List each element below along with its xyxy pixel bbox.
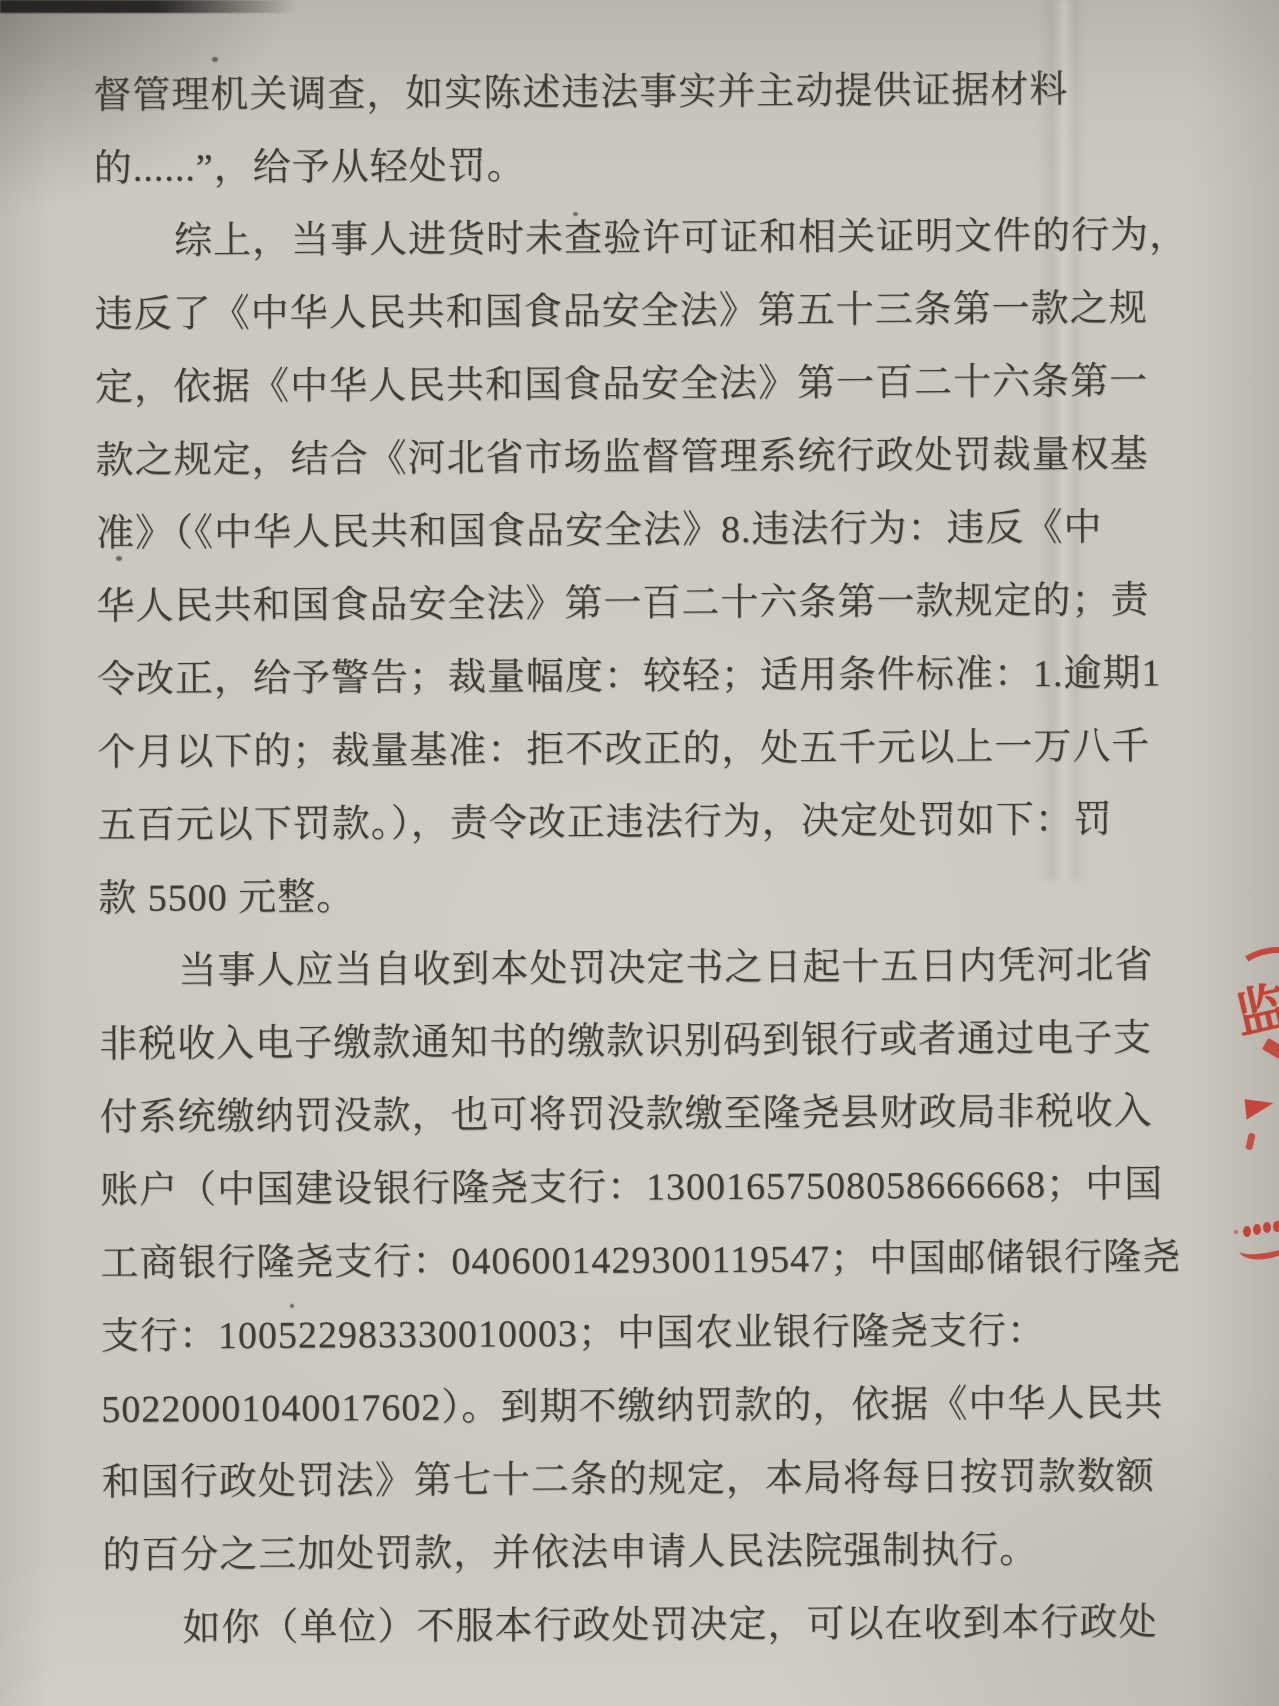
document-line: 支行：100522983330010003；中国农业银行隆尧支行： <box>101 1295 1042 1374</box>
document-line: 账户（中国建设银行隆尧支行：13001657508058666668；中国 <box>100 1149 1041 1228</box>
seal-stroke-fragment <box>1245 1132 1256 1150</box>
document-line: 综上，当事人进货时未查验许可证和相关证明文件的行为， <box>94 200 1035 279</box>
document-text: 督管理机关调查，如实陈述违法事实并主动提供证据材料 的......”，给予从轻处… <box>93 54 1044 1666</box>
document-line: 款 5500 元整。 <box>98 857 1039 936</box>
photo-dark-edge <box>0 0 298 13</box>
document-line: 的......”，给予从轻处罚。 <box>94 127 1035 206</box>
document-line: 的百分之三加处罚款，并依法申请人民法院强制执行。 <box>102 1514 1043 1593</box>
document-line: 非税收入电子缴款通知书的缴款识别码到银行或者通过电子支 <box>99 1003 1040 1082</box>
ink-speck <box>212 57 218 62</box>
document-line: 工商银行隆尧支行：0406001429300119547；中国邮储银行隆尧 <box>100 1222 1041 1301</box>
document-line: 和国行政处罚法》第七十二条的规定，本局将每日按罚款数额 <box>102 1441 1043 1520</box>
document-line: 令改正，给予警告；裁量幅度：较轻；适用条件标准：1.逾期1 <box>97 638 1038 717</box>
document-line: 个月以下的；裁量基准：拒不改正的，处五千元以上一万八千 <box>97 711 1038 790</box>
ink-speck <box>116 556 122 561</box>
document-line: 五百元以下罚款。），责令改正违法行为，决定处罚如下：罚 <box>98 784 1039 863</box>
document-line: 准》（《中华人民共和国食品安全法》8.违法行为：违反《中 <box>96 492 1037 571</box>
seal-stroke-fragment <box>1242 1099 1274 1123</box>
document-line: 督管理机关调查，如实陈述违法事实并主动提供证据材料 <box>93 54 1034 133</box>
ink-speck <box>573 212 578 216</box>
document-line: 当事人应当自收到本处罚决定书之日起十五日内凭河北省 <box>98 930 1039 1009</box>
document-line: 50220001040017602）。到期不缴纳罚款的，依据《中华人民共 <box>101 1368 1042 1447</box>
document-line: 华人民共和国食品安全法》第一百二十六条第一款规定的；责 <box>96 565 1037 644</box>
document-line: 违反了《中华人民共和国食品安全法》第五十三条第一款之规 <box>94 273 1035 352</box>
document-photo: 督管理机关调查，如实陈述违法事实并主动提供证据材料 的......”，给予从轻处… <box>0 0 1279 1706</box>
document-line: 定，依据《中华人民共和国食品安全法》第一百二十六条第一 <box>95 346 1036 425</box>
seal-dots-fragment <box>1243 1226 1251 1237</box>
ink-speck <box>290 1304 294 1308</box>
document-line: 款之规定，结合《河北省市场监督管理系统行政处罚裁量权基 <box>95 419 1036 498</box>
document-line: 如你（单位）不服本行政处罚决定，可以在收到本行政处 <box>102 1587 1043 1666</box>
document-line: 付系统缴纳罚没款，也可将罚没款缴至隆尧县财政局非税收入 <box>99 1076 1040 1155</box>
